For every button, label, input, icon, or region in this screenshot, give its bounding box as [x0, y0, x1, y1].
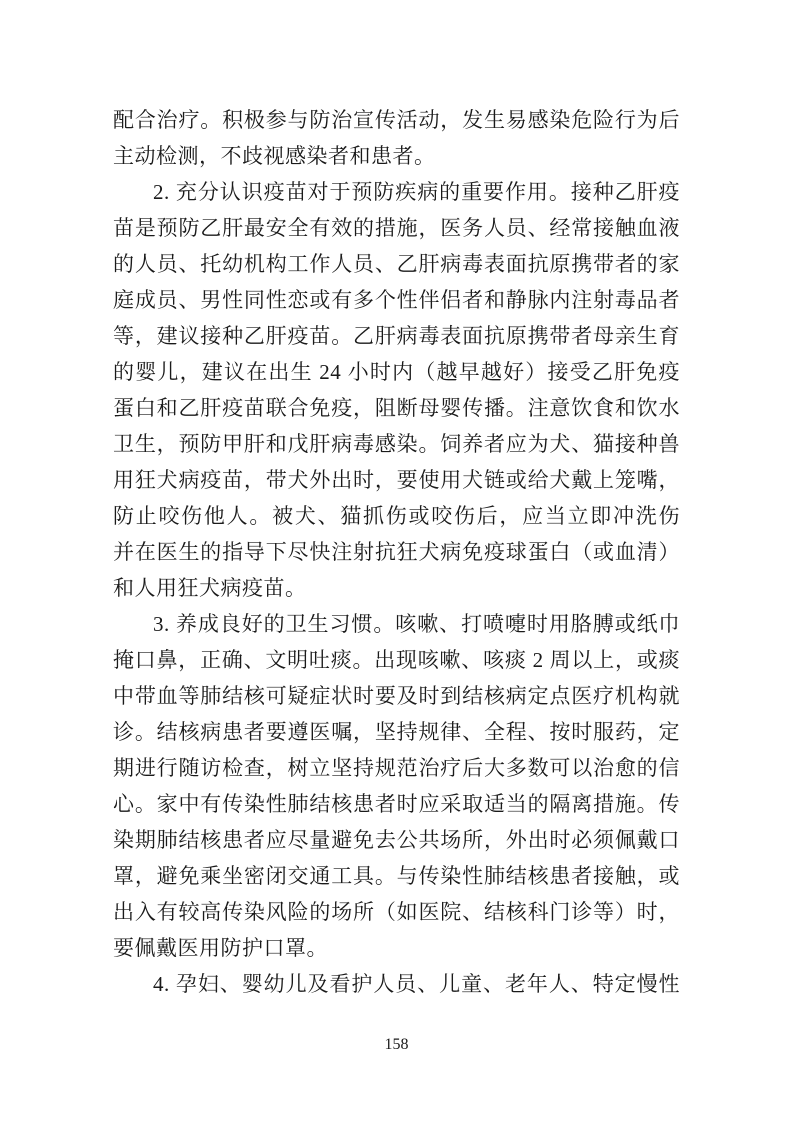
page-number: 158	[0, 1034, 793, 1056]
text-line: 苗是预防乙肝最安全有效的措施，医务人员、经常接触血液	[113, 210, 680, 246]
text-line: 出入有较高传染风险的场所（如医院、结核科门诊等）时，	[113, 894, 680, 930]
text-line: 掩口鼻，正确、文明吐痰。出现咳嗽、咳痰 2 周以上，或痰	[113, 642, 680, 678]
text-line: 的人员、托幼机构工作人员、乙肝病毒表面抗原携带者的家	[113, 246, 680, 282]
text-line: 染期肺结核患者应尽量避免去公共场所，外出时必须佩戴口	[113, 822, 680, 858]
text-line: 等，建议接种乙肝疫苗。乙肝病毒表面抗原携带者母亲生育	[113, 318, 680, 354]
text-line: 诊。结核病患者要遵医嘱，坚持规律、全程、按时服药，定	[113, 714, 680, 750]
text-line: 3. 养成良好的卫生习惯。咳嗽、打喷嚏时用胳膊或纸巾	[113, 606, 680, 642]
text-line: 主动检测，不歧视感染者和患者。	[113, 138, 680, 174]
text-line: 要佩戴医用防护口罩。	[113, 930, 680, 966]
text-line: 蛋白和乙肝疫苗联合免疫，阻断母婴传播。注意饮食和饮水	[113, 390, 680, 426]
body-text: 配合治疗。积极参与防治宣传活动，发生易感染危险行为后主动检测，不歧视感染者和患者…	[113, 102, 680, 1002]
text-line: 的婴儿，建议在出生 24 小时内（越早越好）接受乙肝免疫球	[113, 354, 680, 390]
text-line: 并在医生的指导下尽快注射抗狂犬病免疫球蛋白（或血清）	[113, 534, 680, 570]
text-line: 防止咬伤他人。被犬、猫抓伤或咬伤后，应当立即冲洗伤口，	[113, 498, 680, 534]
text-line: 卫生，预防甲肝和戊肝病毒感染。饲养者应为犬、猫接种兽	[113, 426, 680, 462]
text-line: 期进行随访检查，树立坚持规范治疗后大多数可以治愈的信	[113, 750, 680, 786]
text-line: 配合治疗。积极参与防治宣传活动，发生易感染危险行为后	[113, 102, 680, 138]
text-line: 中带血等肺结核可疑症状时要及时到结核病定点医疗机构就	[113, 678, 680, 714]
text-line: 罩，避免乘坐密闭交通工具。与传染性肺结核患者接触，或	[113, 858, 680, 894]
text-line: 和人用狂犬病疫苗。	[113, 570, 680, 606]
text-line: 心。家中有传染性肺结核患者时应采取适当的隔离措施。传	[113, 786, 680, 822]
text-line: 庭成员、男性同性恋或有多个性伴侣者和静脉内注射毒品者	[113, 282, 680, 318]
text-line: 4. 孕妇、婴幼儿及看护人员、儿童、老年人、特定慢性	[113, 966, 680, 1002]
text-line: 2. 充分认识疫苗对于预防疾病的重要作用。接种乙肝疫	[113, 174, 680, 210]
document-page: 配合治疗。积极参与防治宣传活动，发生易感染危险行为后主动检测，不歧视感染者和患者…	[0, 0, 793, 1122]
text-line: 用狂犬病疫苗，带犬外出时，要使用犬链或给犬戴上笼嘴，	[113, 462, 680, 498]
